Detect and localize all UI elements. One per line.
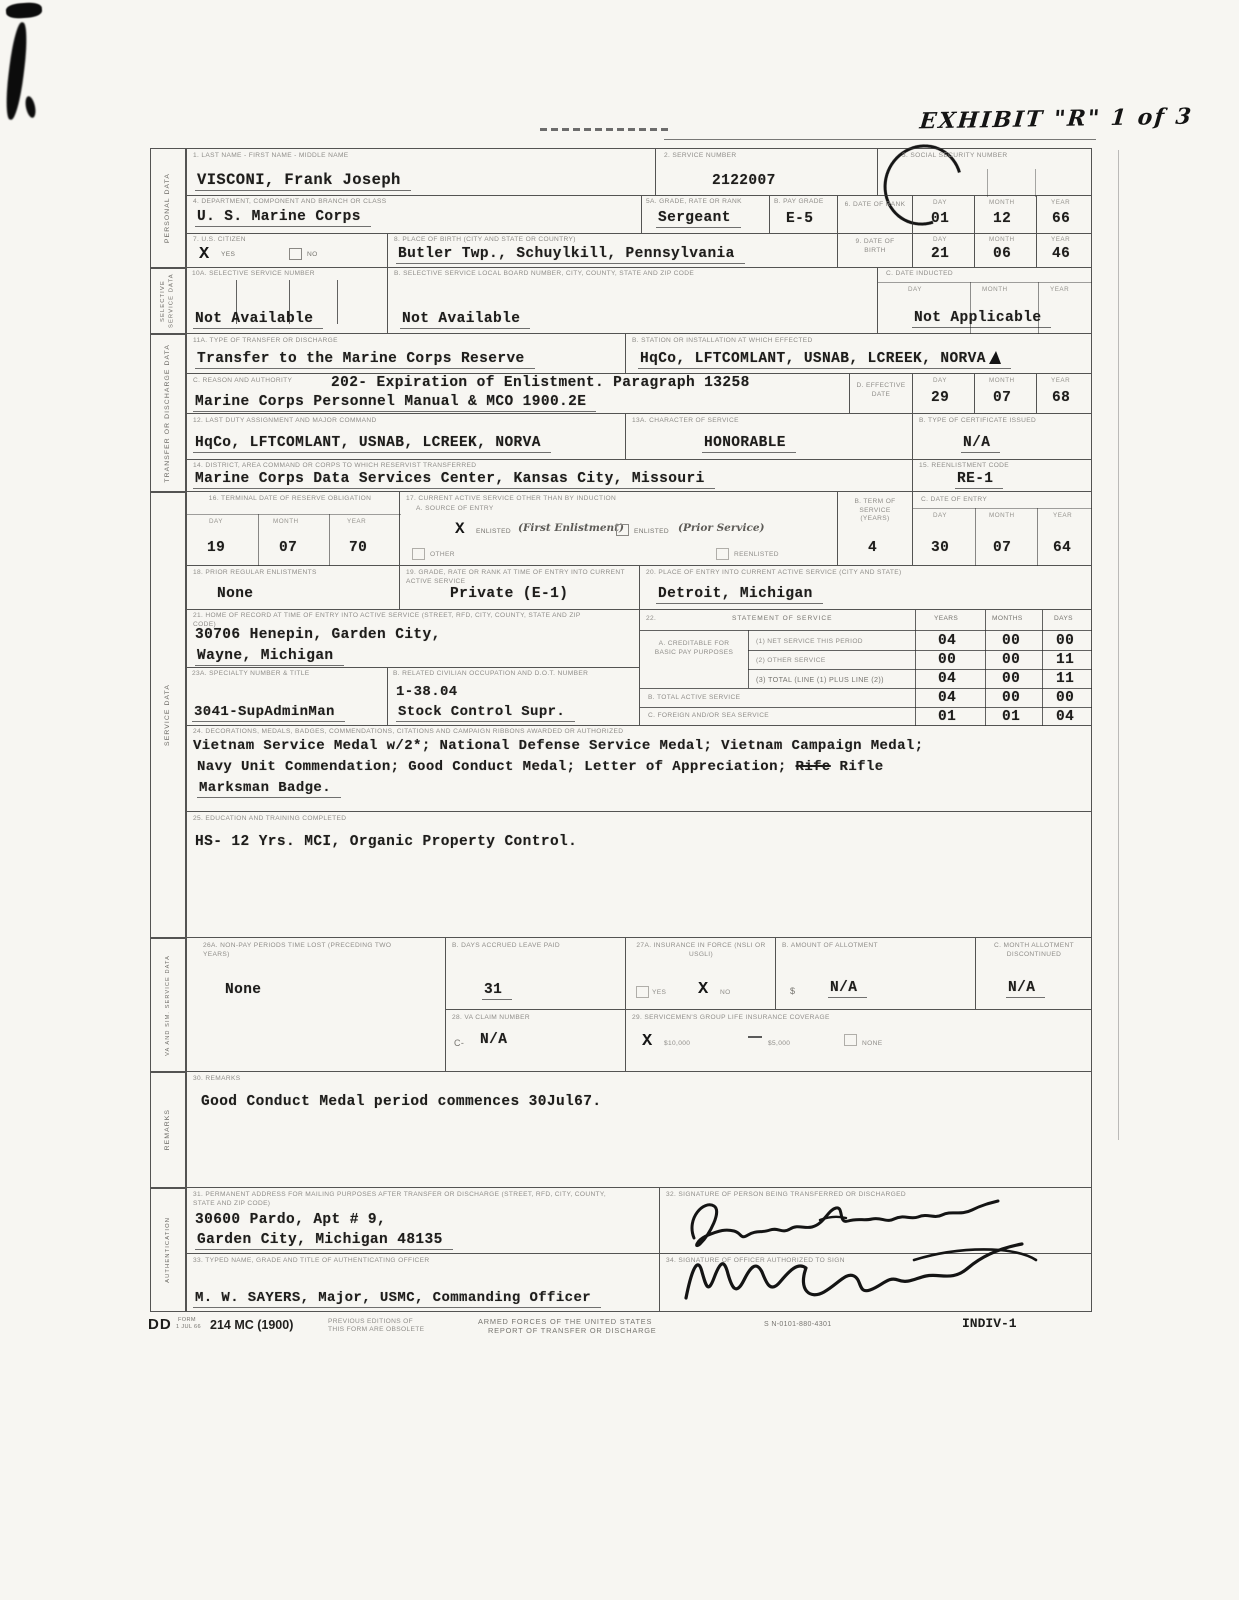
field-label: 17. CURRENT ACTIVE SERVICE OTHER THAN BY…: [406, 495, 616, 504]
field-label: b. DAYS ACCRUED LEAVE PAID: [452, 942, 612, 951]
total-months: 00: [1002, 671, 1020, 687]
field-label: 26a. NON-PAY PERIODS TIME LOST (Precedin…: [203, 942, 403, 959]
decorations-line1: Vietnam Service Medal w/2*; National Def…: [193, 738, 924, 754]
enlisted-first-note: (First Enlistment): [518, 522, 624, 534]
certificate-value: N/A: [961, 435, 1000, 453]
other-service-years: 00: [938, 652, 956, 668]
month-header: MONTH: [273, 518, 299, 525]
col-years-header: YEARS: [934, 615, 958, 624]
field-15-reenlistment-code: 15. REENLISTMENT CODE RE-1: [913, 460, 1092, 492]
form-footer: DD FORM 1 JUL 66 214 MC (1900) PREVIOUS …: [148, 1314, 1092, 1344]
field-label: b. RELATED CIVILIAN OCCUPATION AND D.O.T…: [393, 670, 628, 679]
scan-dotted-line: [540, 128, 668, 131]
date-of-birth-year: YEAR 46: [1037, 234, 1092, 268]
place-of-birth-value: Butler Twp., Schuylkill, Pennsylvania: [396, 246, 745, 264]
branch-value: U. S. Marine Corps: [195, 209, 371, 227]
enlisted-first-label: ENLISTED: [476, 528, 511, 537]
field-label: 12. LAST DUTY ASSIGNMENT AND MAJOR COMMA…: [193, 417, 377, 426]
term-value: 4: [868, 540, 877, 556]
field-29-sgli: 29. SERVICEMEN'S GROUP LIFE INSURANCE CO…: [626, 1010, 1092, 1072]
scanned-dd214-document: EXHIBIT "R" 1 of 3 PERSONAL DATA SELECTI…: [0, 0, 1239, 1600]
field-20-place-of-entry: 20. PLACE OF ENTRY INTO CURRENT ACTIVE S…: [640, 566, 1092, 610]
table-line: [748, 650, 1092, 651]
remarks-value: Good Conduct Medal period commences 30Ju…: [201, 1094, 601, 1110]
scan-smudge: [6, 2, 43, 19]
decorations-line2-text: Navy Unit Commendation; Good Conduct Med…: [197, 759, 787, 775]
field-label: 15. REENLISTMENT CODE: [919, 462, 1009, 471]
time-lost-value: None: [225, 982, 261, 998]
field-label: b. AMOUNT OF ALLOTMENT: [782, 942, 878, 951]
cell-divider: [1035, 169, 1036, 197]
total-days: 11: [1056, 671, 1074, 687]
field-label: 7. U.S. CITIZEN: [193, 236, 246, 245]
field-label: 31. PERMANENT ADDRESS FOR MAILING PURPOS…: [193, 1191, 623, 1208]
effective-date-month: MONTH 07: [975, 374, 1037, 414]
table-number: 22.: [646, 615, 656, 624]
reenlisted-checkbox: [716, 548, 729, 560]
month-header: MONTH: [982, 286, 1008, 293]
sgli-none-checkbox: [844, 1034, 857, 1046]
claim-prefix: C-: [454, 1038, 464, 1050]
year-value: 46: [1052, 246, 1070, 262]
decorations-line2: Navy Unit Commendation; Good Conduct Med…: [197, 759, 884, 775]
dollar-prefix: $: [790, 986, 795, 998]
place-of-entry-value: Detroit, Michigan: [656, 586, 823, 604]
citizen-yes-label: YES: [221, 251, 235, 260]
type-of-transfer-value: Transfer to the Marine Corps Reserve: [195, 351, 535, 369]
copy-designator: INDIV-1: [962, 1316, 1017, 1331]
day-header: DAY: [933, 377, 947, 384]
field-22-statement-of-service: 22. STATEMENT OF SERVICE YEARS MONTHS DA…: [640, 610, 1092, 726]
month-value: 07: [993, 390, 1011, 406]
field-label: c. DATE INDUCTED: [886, 270, 953, 279]
insurance-no-mark: X: [698, 980, 708, 999]
month-header: MONTH: [989, 236, 1015, 243]
field-30-remarks: 30. REMARKS Good Conduct Medal period co…: [186, 1072, 1092, 1188]
sgli-10000-mark: X: [642, 1032, 652, 1051]
cell-divider: [329, 514, 330, 566]
row-total-label: (3) TOTAL (Line (1) plus Line (2)): [756, 675, 884, 684]
form-number: 214 MC (1900): [210, 1318, 293, 1332]
field-4-branch: 4. DEPARTMENT, COMPONENT AND BRANCH OR C…: [186, 196, 642, 234]
table-title: STATEMENT OF SERVICE: [732, 615, 832, 624]
year-header: YEAR: [1050, 286, 1069, 293]
service-number: 2122007: [712, 173, 776, 189]
day-header: DAY: [908, 286, 922, 293]
station-text: HqCo, LFTCOMLANT, USNAB, LCREEK, NORVA: [640, 351, 986, 367]
day-header: DAY: [933, 512, 947, 519]
insurance-yes-label: YES: [652, 989, 666, 998]
row-net-service-label: (1) NET SERVICE THIS PERIOD: [756, 638, 863, 647]
cell-divider: [878, 282, 1092, 283]
field-label: 5a. GRADE, RATE OR RANK: [646, 198, 764, 207]
field-10c-date-inducted: c. DATE INDUCTED DAY MONTH YEAR Not Appl…: [878, 268, 1092, 334]
field-sublabel: a. SOURCE OF ENTRY: [416, 505, 494, 514]
reenlistment-code-value: RE-1: [955, 471, 1003, 489]
enlisted-prior-checkbox: [616, 524, 629, 536]
section-personal-data: PERSONAL DATA: [150, 148, 186, 268]
month-value: 12: [993, 211, 1011, 227]
row-total-active-label: b. TOTAL ACTIVE SERVICE: [648, 694, 740, 703]
other-service-months: 00: [1002, 652, 1020, 668]
last-duty-value: HqCo, LFTCOMLANT, USNAB, LCREEK, NORVA: [193, 435, 551, 453]
cell-divider: [913, 508, 1092, 509]
row-foreign-sea-label: c. FOREIGN AND/OR SEA SERVICE: [648, 712, 769, 721]
cell-divider: [258, 514, 259, 566]
field-28-va-claim: 28. VA CLAIM NUMBER C- N/A: [446, 1010, 626, 1072]
allotment-value: N/A: [828, 980, 867, 998]
field-11b-station: b. STATION OR INSTALLATION AT WHICH EFFE…: [626, 334, 1092, 374]
field-26a-time-lost: 26a. NON-PAY PERIODS TIME LOST (Precedin…: [186, 938, 446, 1072]
date-inducted-value: Not Applicable: [912, 310, 1051, 328]
table-line: [1042, 610, 1043, 726]
field-11d-effective-date: d. EFFECTIVE DATE: [850, 374, 913, 414]
field-label: c. MONTH ALLOTMENT DISCONTINUED: [984, 942, 1084, 959]
effective-date-year: YEAR 68: [1037, 374, 1092, 414]
field-12-last-duty: 12. LAST DUTY ASSIGNMENT AND MAJOR COMMA…: [186, 414, 626, 460]
field-10a-selective-number: 10a. SELECTIVE SERVICE NUMBER Not Availa…: [186, 268, 388, 334]
field-label: 4. DEPARTMENT, COMPONENT AND BRANCH OR C…: [193, 198, 386, 207]
field-25-education: 25. EDUCATION AND TRAINING COMPLETED HS-…: [186, 812, 1092, 938]
field-label: 16. TERMINAL DATE OF RESERVE OBLIGATION: [195, 495, 385, 504]
field-19-grade-at-entry: 19. GRADE, RATE OR RANK AT TIME OF ENTRY…: [400, 566, 640, 610]
local-board-value: Not Available: [400, 311, 530, 329]
field-26b-accrued-leave: b. DAYS ACCRUED LEAVE PAID 31: [446, 938, 626, 1010]
va-claim-value: N/A: [480, 1032, 507, 1048]
field-label: 1. LAST NAME - FIRST NAME - MIDDLE NAME: [193, 152, 349, 161]
accrued-leave-value: 31: [482, 982, 512, 1000]
total-active-days: 00: [1056, 690, 1074, 706]
section-label: SELECTIVE SERVICE DATA: [159, 269, 176, 333]
reason-line2: Marine Corps Personnel Manual & MCO 1900…: [193, 394, 596, 412]
section-authentication: AUTHENTICATION: [150, 1188, 186, 1312]
reason-line1: 202- Expiration of Enlistment. Paragraph…: [331, 375, 750, 391]
year-header: YEAR: [1051, 236, 1070, 243]
section-va-data: VA AND SIM. SERVICE DATA: [150, 938, 186, 1072]
form-dd: DD: [148, 1316, 172, 1333]
cell-divider: [987, 169, 988, 197]
date-of-rank-month: MONTH 12: [975, 196, 1037, 234]
field-label: 29. SERVICEMEN'S GROUP LIFE INSURANCE CO…: [632, 1014, 830, 1023]
education-value: HS- 12 Yrs. MCI, Organic Property Contro…: [195, 834, 577, 850]
field-label: b. TERM OF SERVICE (Years): [846, 498, 904, 524]
day-value: 01: [931, 211, 949, 227]
date-of-rank-year: YEAR 66: [1037, 196, 1092, 234]
insurance-yes-checkbox: [636, 986, 649, 998]
field-9-date-of-birth: 9. DATE OF BIRTH: [838, 234, 913, 268]
field-label: b. STATION OR INSTALLATION AT WHICH EFFE…: [632, 337, 813, 346]
table-line: [915, 610, 916, 726]
field-label: 13a. CHARACTER OF SERVICE: [632, 417, 739, 426]
grade-value: Sergeant: [656, 210, 741, 228]
field-17-source-of-entry: 17. CURRENT ACTIVE SERVICE OTHER THAN BY…: [400, 492, 838, 566]
day-value: 29: [931, 390, 949, 406]
obsolete-note-line2: THIS FORM ARE OBSOLETE: [328, 1326, 424, 1335]
section-label: VA AND SIM. SERVICE DATA: [164, 955, 172, 1056]
day-header: DAY: [933, 199, 947, 206]
field-label: c. REASON AND AUTHORITY: [193, 377, 292, 386]
mini-grid-line: [337, 280, 338, 324]
year-value: 70: [349, 540, 367, 556]
grade-at-entry-value: Private (E-1): [450, 586, 568, 602]
other-service-days: 11: [1056, 652, 1074, 668]
field-17c-date-of-entry: c. DATE OF ENTRY DAY MONTH YEAR 30 07 64: [913, 492, 1092, 566]
net-service-days: 00: [1056, 633, 1074, 649]
month-header: MONTH: [989, 199, 1015, 206]
year-value: 68: [1052, 390, 1070, 406]
sgli-5000-dash: [748, 1036, 762, 1038]
form-edition-date: 1 JUL 66: [176, 1324, 201, 1331]
month-discontinued-value: N/A: [1006, 980, 1045, 998]
section-selective-service: SELECTIVE SERVICE DATA: [150, 268, 186, 334]
foreign-sea-months: 01: [1002, 709, 1020, 725]
foreign-sea-years: 01: [938, 709, 956, 725]
date-of-birth-month: MONTH 06: [975, 234, 1037, 268]
district-value: Marine Corps Data Services Center, Kansa…: [193, 471, 715, 489]
table-line: [640, 707, 1092, 708]
field-11a-type-of-transfer: 11a. TYPE OF TRANSFER OR DISCHARGE Trans…: [186, 334, 626, 374]
section-label: AUTHENTICATION: [164, 1217, 173, 1283]
year-header: YEAR: [1051, 377, 1070, 384]
day-value: 30: [931, 540, 949, 556]
field-27c-month-discontinued: c. MONTH ALLOTMENT DISCONTINUED N/A: [976, 938, 1092, 1010]
cell-divider: [1037, 508, 1038, 566]
date-of-rank-day: DAY 01: [913, 196, 975, 234]
field-10b-local-board: b. SELECTIVE SERVICE LOCAL BOARD NUMBER,…: [388, 268, 878, 334]
field-27a-insurance-in-force: 27a. INSURANCE IN FORCE (NSLI or USGLI) …: [626, 938, 776, 1010]
field-7-citizen: 7. U.S. CITIZEN X YES NO: [186, 234, 388, 268]
field-label: 24. DECORATIONS, MEDALS, BADGES, COMMEND…: [193, 728, 623, 737]
field-3-ssn: 3. SOCIAL SECURITY NUMBER: [878, 148, 1092, 196]
field-1-name: 1. LAST NAME - FIRST NAME - MIDDLE NAME …: [186, 148, 656, 196]
section-transfer-discharge: TRANSFER OR DISCHARGE DATA: [150, 334, 186, 492]
scan-smudge: [24, 95, 37, 118]
field-label: 6. DATE OF RANK: [844, 201, 906, 210]
day-value: 19: [207, 540, 225, 556]
year-value: 66: [1052, 211, 1070, 227]
field-27b-allotment: b. AMOUNT OF ALLOTMENT $ N/A: [776, 938, 976, 1010]
section-label: REMARKS: [163, 1109, 173, 1150]
field-24-decorations: 24. DECORATIONS, MEDALS, BADGES, COMMEND…: [186, 726, 1092, 812]
ink-blot: [989, 351, 1001, 364]
year-header: YEAR: [1053, 512, 1072, 519]
effective-date-day: DAY 29: [913, 374, 975, 414]
struck-word: Rife: [796, 759, 831, 775]
other-checkbox: [412, 548, 425, 560]
field-label: 3. SOCIAL SECURITY NUMBER: [902, 152, 1007, 161]
table-line: [748, 630, 749, 688]
field-label: 23a. SPECIALTY NUMBER & TITLE: [192, 670, 382, 679]
table-line: [640, 630, 1092, 631]
scan-line: [664, 139, 1096, 140]
field-23a-specialty: 23a. SPECIALTY NUMBER & TITLE 3041-SupAd…: [186, 668, 388, 726]
month-value: 07: [993, 540, 1011, 556]
field-31-mailing-address: 31. PERMANENT ADDRESS FOR MAILING PURPOS…: [186, 1188, 660, 1254]
field-2-service-number: 2. SERVICE NUMBER 2122007: [656, 148, 878, 196]
year-header: YEAR: [1051, 199, 1070, 206]
col-months-header: MONTHS: [992, 615, 1023, 624]
field-label: 18. PRIOR REGULAR ENLISTMENTS: [193, 569, 317, 578]
year-value: 64: [1053, 540, 1071, 556]
field-label: 20. PLACE OF ENTRY INTO CURRENT ACTIVE S…: [646, 569, 902, 578]
field-label: 27a. INSURANCE IN FORCE (NSLI or USGLI): [631, 942, 771, 959]
field-label: 30. REMARKS: [193, 1075, 240, 1084]
civilian-occupation-value: Stock Control Supr.: [396, 704, 575, 722]
selective-number-value: Not Available: [193, 311, 323, 329]
prior-enlistments-value: None: [217, 586, 253, 602]
table-line: [985, 610, 986, 726]
officer-name-value: M. W. SAYERS, Major, USMC, Commanding Of…: [193, 1290, 601, 1308]
field-label: 8. PLACE OF BIRTH (City and State or Cou…: [394, 236, 576, 245]
sgli-none-label: NONE: [862, 1040, 882, 1049]
total-active-years: 04: [938, 690, 956, 706]
home-of-record-line2: Wayne, Michigan: [195, 648, 344, 666]
month-value: 07: [279, 540, 297, 556]
section-label: PERSONAL DATA: [163, 173, 173, 243]
field-17b-term: b. TERM OF SERVICE (Years) 4: [838, 492, 913, 566]
col-days-header: DAYS: [1054, 615, 1073, 624]
cell-divider: [975, 508, 976, 566]
month-value: 06: [993, 246, 1011, 262]
net-service-months: 00: [1002, 633, 1020, 649]
cell-divider: [187, 514, 401, 515]
station-value: HqCo, LFTCOMLANT, USNAB, LCREEK, NORVA: [638, 351, 1011, 369]
corrected-word: Rifle: [840, 759, 884, 775]
month-header: MONTH: [989, 377, 1015, 384]
citizen-yes-mark: X: [199, 245, 209, 264]
address-line1: 30600 Pardo, Apt # 9,: [195, 1212, 386, 1228]
scan-line: [1118, 150, 1119, 1140]
officer-signature: [670, 1240, 1070, 1312]
table-line: [640, 688, 1092, 689]
member-name: VISCONI, Frank Joseph: [195, 171, 411, 191]
field-11c-reason-authority: c. REASON AND AUTHORITY 202- Expiration …: [186, 374, 850, 414]
field-33-officer-name: 33. TYPED NAME, GRADE AND TITLE OF AUTHE…: [186, 1254, 660, 1312]
field-14-district: 14. DISTRICT, AREA COMMAND OR CORPS TO W…: [186, 460, 913, 492]
section-label: SERVICE DATA: [163, 684, 173, 746]
row-other-service-label: (2) OTHER SERVICE: [756, 657, 826, 666]
date-of-birth-day: DAY 21: [913, 234, 975, 268]
form-title-line2: REPORT OF TRANSFER OR DISCHARGE: [488, 1326, 657, 1336]
creditable-group-label: a. CREDITABLE FOR BASIC PAY PURPOSES: [648, 640, 740, 657]
sgli-10000-label: $10,000: [664, 1040, 690, 1049]
section-label: TRANSFER OR DISCHARGE DATA: [163, 344, 173, 483]
field-18-prior-enlistments: 18. PRIOR REGULAR ENLISTMENTS None: [186, 566, 400, 610]
year-header: YEAR: [347, 518, 366, 525]
field-label: 19. GRADE, RATE OR RANK AT TIME OF ENTRY…: [406, 569, 626, 586]
field-label: 9. DATE OF BIRTH: [846, 238, 904, 255]
field-label: b. SELECTIVE SERVICE LOCAL BOARD NUMBER,…: [394, 270, 824, 279]
enlisted-prior-label: ENLISTED: [634, 528, 669, 537]
field-21-home-of-record: 21. HOME OF RECORD AT TIME OF ENTRY INTO…: [186, 610, 640, 668]
field-23b-civilian-occupation: b. RELATED CIVILIAN OCCUPATION AND D.O.T…: [388, 668, 640, 726]
day-header: DAY: [933, 236, 947, 243]
field-5b-pay-grade: b. PAY GRADE E-5: [770, 196, 838, 234]
month-header: MONTH: [989, 512, 1015, 519]
field-label: 33. TYPED NAME, GRADE AND TITLE OF AUTHE…: [193, 1257, 623, 1266]
exhibit-annotation: EXHIBIT "R" 1 of 3: [919, 104, 1195, 135]
field-13a-character: 13a. CHARACTER OF SERVICE HONORABLE: [626, 414, 913, 460]
dot-number-value: 1-38.04: [396, 684, 458, 700]
field-label: 14. DISTRICT, AREA COMMAND OR CORPS TO W…: [193, 462, 476, 471]
other-label: OTHER: [430, 551, 455, 560]
character-of-service-value: HONORABLE: [702, 435, 796, 453]
field-16-terminal-date: 16. TERMINAL DATE OF RESERVE OBLIGATION …: [186, 492, 400, 566]
field-8-place-of-birth: 8. PLACE OF BIRTH (City and State or Cou…: [388, 234, 838, 268]
insurance-no-label: NO: [720, 989, 731, 998]
total-active-months: 00: [1002, 690, 1020, 706]
field-label: c. DATE OF ENTRY: [921, 496, 987, 505]
citizen-no-label: NO: [307, 251, 318, 260]
field-label: b. TYPE OF CERTIFICATE ISSUED: [919, 417, 1036, 426]
field-label: 11a. TYPE OF TRANSFER OR DISCHARGE: [193, 337, 338, 346]
enlisted-first-mark: X: [455, 520, 465, 538]
sgli-5000-label: $5,000: [768, 1040, 790, 1049]
field-label: 28. VA CLAIM NUMBER: [452, 1014, 530, 1023]
reenlisted-label: REENLISTED: [734, 551, 779, 560]
field-label: b. PAY GRADE: [774, 198, 832, 207]
stock-number: S N-0101-880-4301: [764, 1320, 831, 1329]
specialty-value: 3041-SupAdminMan: [192, 704, 345, 722]
section-remarks: REMARKS: [150, 1072, 186, 1188]
section-service-data: SERVICE DATA: [150, 492, 186, 938]
field-34-officer-signature: 34. SIGNATURE OF OFFICER AUTHORIZED TO S…: [660, 1254, 1092, 1312]
field-label: 25. EDUCATION AND TRAINING COMPLETED: [193, 815, 346, 824]
foreign-sea-days: 04: [1056, 709, 1074, 725]
day-header: DAY: [209, 518, 223, 525]
decorations-line3: Marksman Badge.: [197, 780, 341, 798]
field-label: d. EFFECTIVE DATE: [855, 382, 907, 399]
net-service-years: 04: [938, 633, 956, 649]
citizen-no-checkbox: [289, 248, 302, 260]
field-6-date-of-rank: 6. DATE OF RANK: [838, 196, 913, 234]
pay-grade-value: E-5: [786, 211, 813, 227]
day-value: 21: [931, 246, 949, 262]
field-label: 10a. SELECTIVE SERVICE NUMBER: [192, 270, 315, 279]
total-years: 04: [938, 671, 956, 687]
table-line: [748, 669, 1092, 670]
enlisted-prior-note: (Prior Service): [678, 522, 765, 534]
field-label: 2. SERVICE NUMBER: [664, 152, 737, 161]
field-5a-grade: 5a. GRADE, RATE OR RANK Sergeant: [642, 196, 770, 234]
home-of-record-line1: 30706 Henepin, Garden City,: [195, 627, 441, 643]
field-13b-certificate: b. TYPE OF CERTIFICATE ISSUED N/A: [913, 414, 1092, 460]
address-line2: Garden City, Michigan 48135: [195, 1232, 453, 1250]
